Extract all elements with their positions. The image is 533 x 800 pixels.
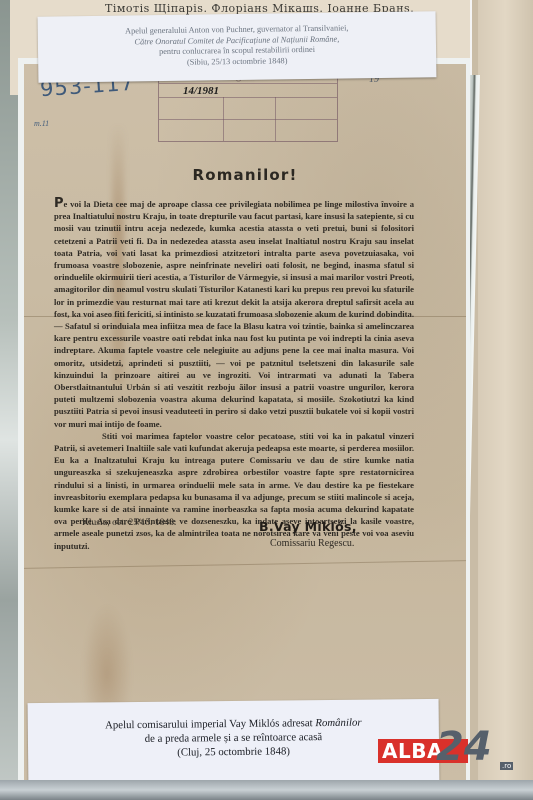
inventory-subnote: m.11 <box>34 119 49 128</box>
logo-number: 24 <box>436 724 492 770</box>
paragraph-2: Stiti voi marimea faptelor voastre celor… <box>54 430 414 552</box>
place-date: Klusiu, oct. 25/13. 1848. <box>82 518 176 528</box>
proclamation-heading: Romanilor! <box>24 166 466 184</box>
signature: B.Vay Miklós, <box>259 519 357 534</box>
proclamation-body: Pe voi la Dieta cee maj de aproape class… <box>54 198 414 552</box>
alba24-watermark: ALBA 24 .ro <box>378 730 518 778</box>
wall-background <box>478 0 533 800</box>
paper-crease <box>24 560 466 569</box>
stamp-divider <box>275 97 276 141</box>
dropcap: P <box>54 196 64 211</box>
stamp-divider <box>159 119 337 120</box>
display-shelf <box>0 780 533 800</box>
logo-brand: ALBA <box>382 739 443 763</box>
paragraph-1: Pe voi la Dieta cee maj de aproape class… <box>54 198 414 430</box>
signature-title: Comissariu Regescu. <box>270 538 354 549</box>
caption-italic: Românilor <box>315 717 361 729</box>
logo-tld: .ro <box>500 762 513 770</box>
historical-proclamation: 953-117 m.11 Muzeul Regional Alba-Iulia … <box>24 64 466 789</box>
stamp-number: 14/1981 <box>183 85 219 97</box>
stamp-divider <box>223 97 224 141</box>
caption-label-top: Apelul generalului Anton von Puchner, gu… <box>38 11 437 83</box>
stamp-divider <box>159 97 337 98</box>
museum-stamp: Muzeul Regional Alba-Iulia 14/1981 <box>158 70 338 142</box>
